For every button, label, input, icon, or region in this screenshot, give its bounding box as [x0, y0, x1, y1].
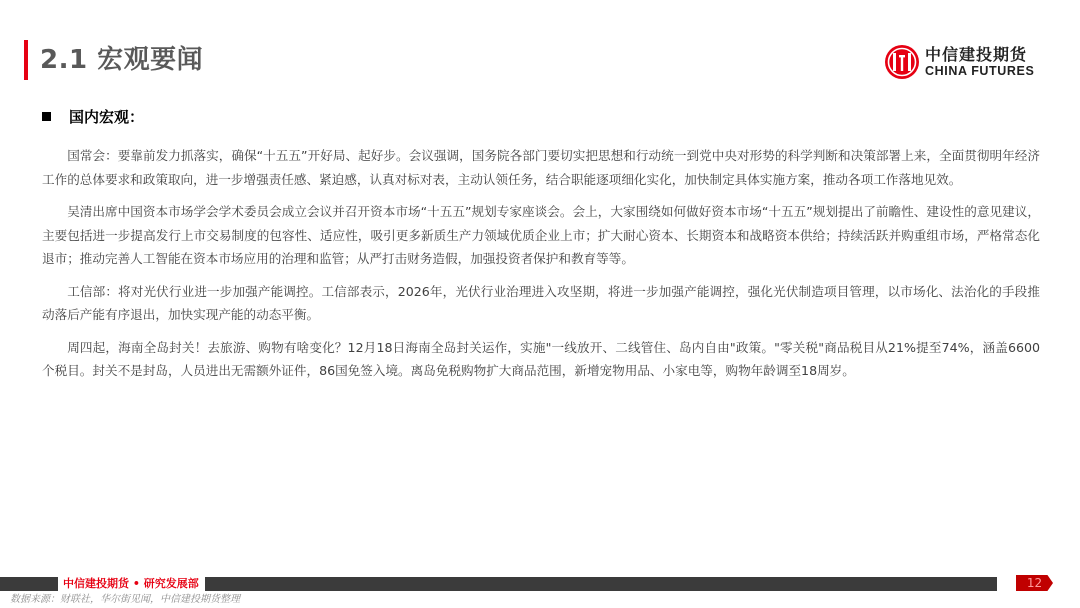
title-accent-bar	[24, 40, 28, 80]
logo-cn-text: 中信建投期货	[925, 46, 1034, 64]
news-paragraph: 周四起，海南全岛封关！去旅游、购物有啥变化？12月18日海南全岛封关运作，实施"…	[42, 336, 1040, 383]
square-bullet-icon	[42, 112, 51, 121]
footer-brand: 中信建投期货 • 研究发展部	[63, 577, 199, 591]
footer-bar-right	[205, 577, 997, 591]
citic-logo-icon	[884, 44, 920, 80]
logo-en-text: CHINA FUTURES	[925, 64, 1034, 79]
news-content: 国常会：要靠前发力抓落实，确保“十五五”开好局、起好步。会议强调，国务院各部门要…	[42, 144, 1040, 392]
section-heading: 国内宏观：	[42, 106, 144, 127]
page-number: 12	[1016, 575, 1053, 591]
section-title: 国内宏观：	[69, 106, 144, 127]
footer-bar-left	[0, 577, 58, 591]
page-title: 2.1 宏观要闻	[40, 40, 203, 80]
news-paragraph: 吴清出席中国资本市场学会学术委员会成立会议并召开资本市场“十五五”规划专家座谈会…	[42, 200, 1040, 271]
data-source-note: 数据来源：财联社，华尔街见闻，中信建投期货整理	[10, 594, 240, 606]
news-paragraph: 国常会：要靠前发力抓落实，确保“十五五”开好局、起好步。会议强调，国务院各部门要…	[42, 144, 1040, 191]
company-logo: 中信建投期货 CHINA FUTURES	[884, 44, 1034, 80]
news-paragraph: 工信部：将对光伏行业进一步加强产能调控。工信部表示，2026年，光伏行业治理进入…	[42, 280, 1040, 327]
